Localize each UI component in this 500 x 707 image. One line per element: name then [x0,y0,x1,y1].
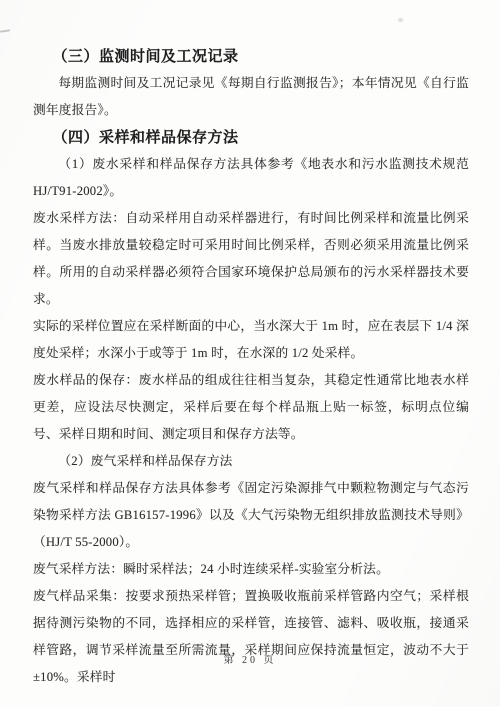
paragraph-wastewater-reference: （1）废水采样和样品保存方法具体参考《地表水和污水监测技术规范HJ/T91-20… [33,151,469,205]
scan-artifact-speck [398,18,403,22]
paragraph-wastewater-sampling-method: 废水采样方法：自动采样用自动采样器进行，有时间比例采样和流量比例采样。当废水排放… [33,205,469,313]
paragraph-exhaust-gas-sample-collection: 废气样品采集：按要求预热采样管；置换吸收瓶前采样管路内空气；采样根据待测污染物的… [33,583,469,691]
paragraph-exhaust-gas-sampling-method: 废气采样方法：瞬时采样法；24 小时连续采样-实验室分析法。 [33,556,469,583]
section-heading-sampling-methods: （四）采样和样品保存方法 [33,124,469,151]
paragraph-exhaust-gas-reference: 废气采样和样品保存方法具体参考《固定污染源排气中颗粒物测定与气态污染物采样方法 … [33,475,469,556]
paragraph-sampling-position: 实际的采样位置应在采样断面的中心，当水深大于 1m 时，应在表层下 1/4 深度… [33,313,469,367]
paragraph-monitoring-records: 每期监测时间及工况记录见《每期自行监测报告》；本年情况见《自行监测年度报告》。 [33,70,469,124]
document-body: （三）监测时间及工况记录 每期监测时间及工况记录见《每期自行监测报告》；本年情况… [33,43,469,691]
page-number-footer: 第 20 页 [0,651,500,666]
paragraph-exhaust-gas-subheading: （2）废气采样和样品保存方法 [33,448,469,475]
section-heading-monitoring-time: （三）监测时间及工况记录 [33,43,469,70]
paragraph-wastewater-sample-storage: 废水样品的保存：废水样品的组成往往相当复杂，其稳定性通常比地表水样更差，应设法尽… [33,367,469,448]
scan-artifact-dash [0,29,10,32]
scanned-document-page: （三）监测时间及工况记录 每期监测时间及工况记录见《每期自行监测报告》；本年情况… [0,0,500,707]
